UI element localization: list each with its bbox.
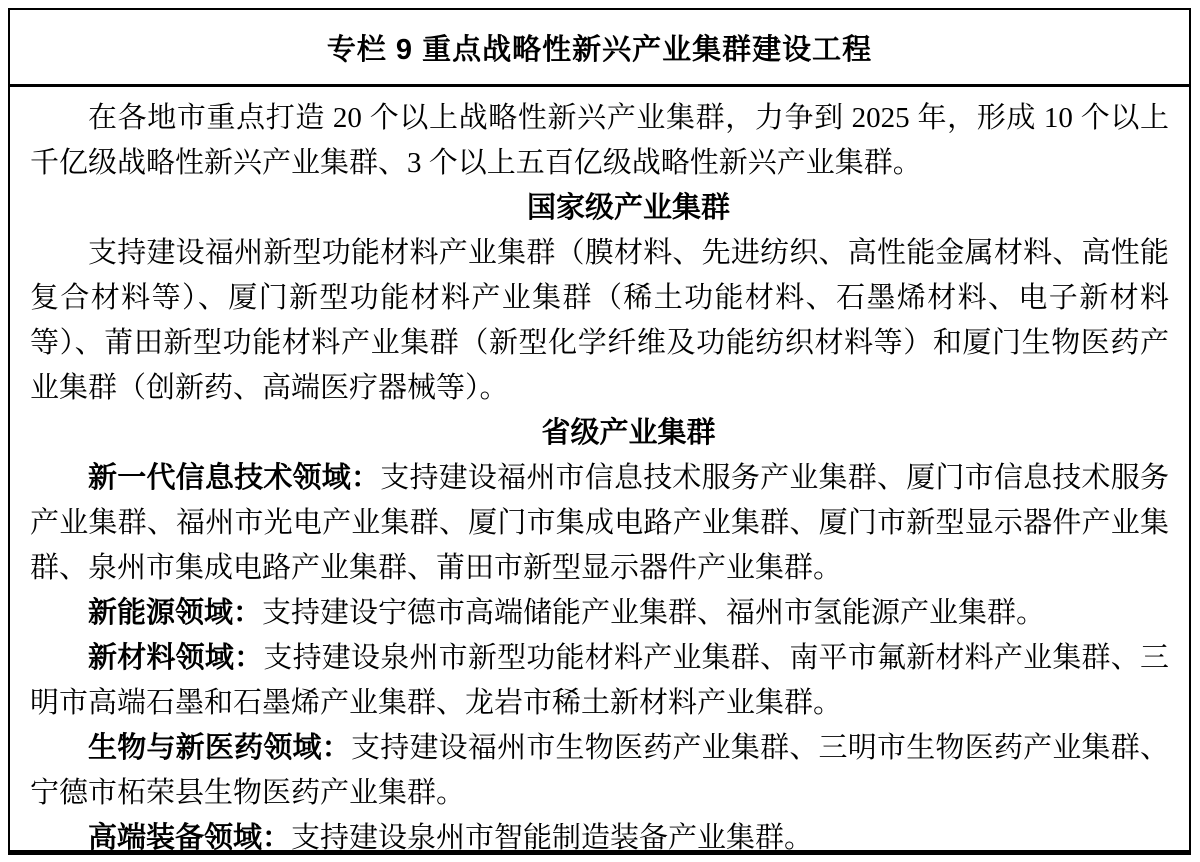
section-heading: 省级产业集群 xyxy=(30,411,1169,456)
document-page: 专栏 9 重点战略性新兴产业集群建设工程 在各地市重点打造 20 个以上战略性新… xyxy=(0,0,1200,862)
section-heading: 国家级产业集群 xyxy=(30,186,1169,231)
paragraph-lead-label: 高端装备领域： xyxy=(88,822,291,854)
body-paragraph: 支持建设福州新型功能材料产业集群（膜材料、先进纺织、高性能金属材料、高性能复合材… xyxy=(30,231,1169,411)
body-paragraph: 生物与新医药领域：支持建设福州市生物医药产业集群、三明市生物医药产业集群、宁德市… xyxy=(30,726,1169,816)
paragraph-text: 支持建设福州新型功能材料产业集群（膜材料、先进纺织、高性能金属材料、高性能复合材… xyxy=(30,237,1169,404)
paragraph-text: 支持建设宁德市高端储能产业集群、福州市氢能源产业集群。 xyxy=(262,597,1045,629)
paragraph-lead-label: 新材料领域： xyxy=(88,642,263,674)
paragraph-text: 在各地市重点打造 20 个以上战略性新兴产业集群，力争到 2025 年，形成 1… xyxy=(30,102,1169,179)
paragraph-lead-label: 新能源领域： xyxy=(88,597,262,629)
body-paragraph: 新能源领域：支持建设宁德市高端储能产业集群、福州市氢能源产业集群。 xyxy=(30,591,1169,636)
body-paragraph: 在各地市重点打造 20 个以上战略性新兴产业集群，力争到 2025 年，形成 1… xyxy=(30,96,1169,186)
column-box: 专栏 9 重点战略性新兴产业集群建设工程 在各地市重点打造 20 个以上战略性新… xyxy=(8,8,1191,855)
paragraph-lead-label: 生物与新医药领域： xyxy=(88,732,351,764)
body-paragraph: 高端装备领域：支持建设泉州市智能制造装备产业集群。 xyxy=(30,816,1169,861)
column-body: 在各地市重点打造 20 个以上战略性新兴产业集群，力争到 2025 年，形成 1… xyxy=(10,87,1189,861)
body-paragraph: 新材料领域：支持建设泉州市新型功能材料产业集群、南平市氟新材料产业集群、三明市高… xyxy=(30,636,1169,726)
column-title: 专栏 9 重点战略性新兴产业集群建设工程 xyxy=(327,27,872,68)
paragraph-text: 支持建设泉州市智能制造装备产业集群。 xyxy=(291,822,813,854)
column-title-row: 专栏 9 重点战略性新兴产业集群建设工程 xyxy=(10,10,1189,87)
paragraph-lead-label: 新一代信息技术领域： xyxy=(88,462,380,494)
body-paragraph: 新一代信息技术领域：支持建设福州市信息技术服务产业集群、厦门市信息技术服务产业集… xyxy=(30,456,1169,591)
